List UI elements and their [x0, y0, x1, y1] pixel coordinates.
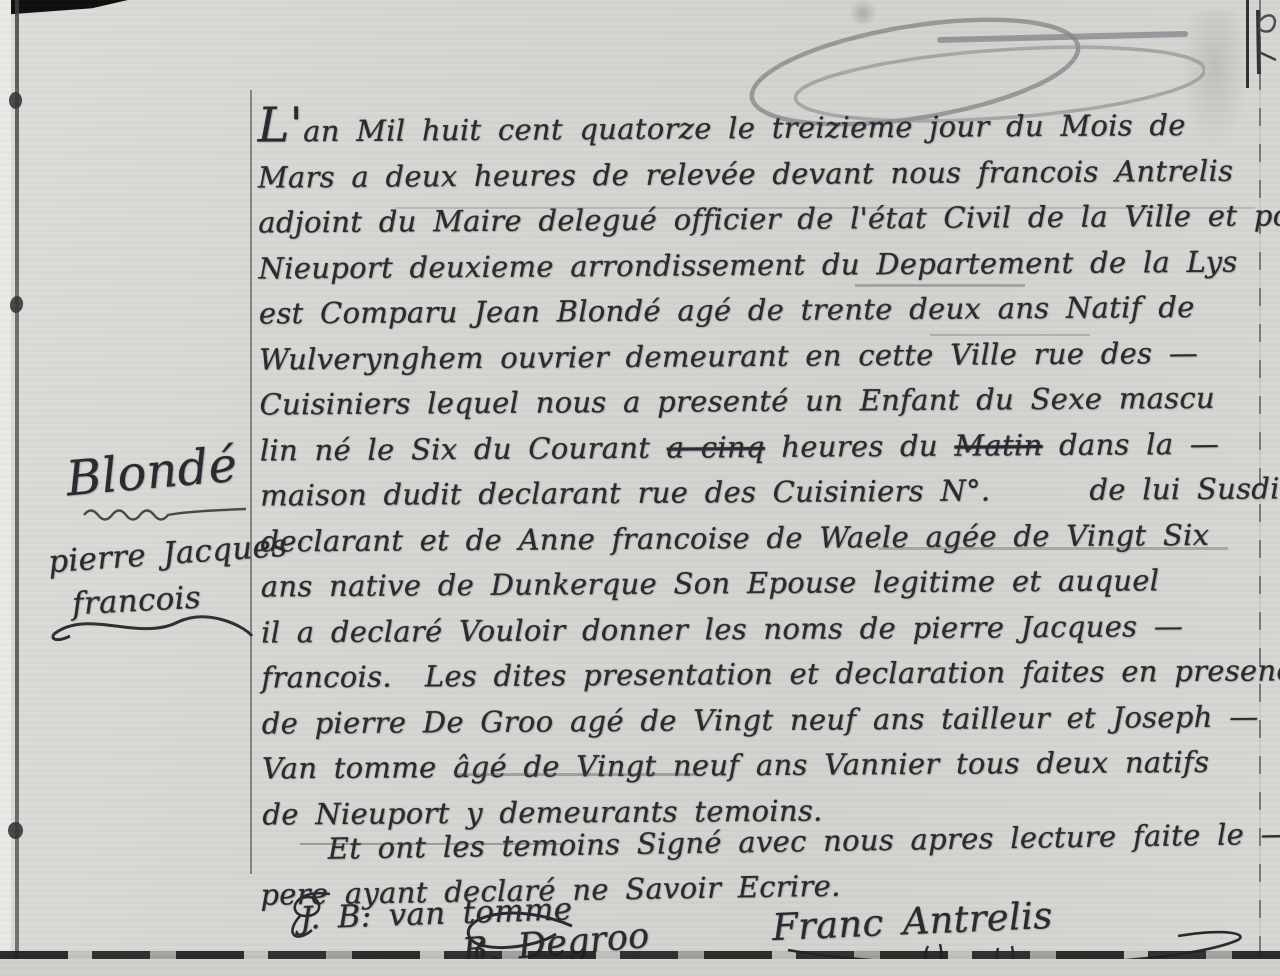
page-corner-shadow: [0, 0, 128, 15]
scan-streak: [300, 843, 565, 845]
act-text-line: Cuisiniers lequel nous a presenté un Enf…: [259, 375, 1269, 428]
act-text-line: est Comparu Jean Blondé agé de trente de…: [259, 284, 1269, 337]
scan-streak: [455, 773, 695, 776]
act-text-line: Van tomme âgé de Vingt neuf ans Vannier …: [262, 739, 1272, 792]
scan-streak: [395, 207, 1255, 209]
act-text-line: de pierre De Groo agé de Vingt neuf ans …: [262, 694, 1272, 747]
margin-rule-line: [250, 90, 252, 874]
margin-note-flourish: [48, 608, 258, 644]
scan-streak: [930, 334, 1090, 336]
act-text-line: maison dudit declarant rue des Cuisinier…: [260, 466, 1270, 519]
act-text-line: il a declaré Vouloir donner les noms de …: [261, 603, 1271, 656]
act-text-line: declarant et de Anne francoise de Waele …: [260, 512, 1270, 565]
act-text-line: Wulverynghem ouvrier demeurant en cette …: [259, 330, 1269, 383]
act-text-line: francois. Les dites presentation et decl…: [261, 648, 1271, 701]
act-text-line: L'an Mil huit cent quatorze le treizieme…: [257, 96, 1267, 155]
act-text-line: Nieuport deuxieme arrondissement du Depa…: [258, 239, 1268, 292]
act-text-line: ans native de Dunkerque Son Epouse legit…: [261, 557, 1271, 610]
binding-stitch-knot: [9, 295, 25, 314]
act-text-line: lin né le Six du Courant a cinq heures d…: [260, 421, 1270, 474]
page-bottom-edge: [0, 951, 1280, 959]
scan-streak: [878, 547, 1228, 550]
scan-streak: [855, 284, 1025, 287]
next-page-strip: [0, 959, 1280, 976]
margin-note-given-names: pierre Jacques: [47, 528, 288, 581]
margin-note-underline-squiggle: [82, 503, 248, 523]
corner-pencil-mark: [1238, 8, 1280, 80]
binding-stitch-knot: [9, 92, 22, 109]
act-text-line: Mars a deux heures de relevée devant nou…: [258, 148, 1268, 201]
act-text-line: adjoint du Maire delegué officier de l'é…: [258, 193, 1268, 246]
scanned-civil-record-page: Blondé pierre Jacques francois L'an Mil …: [0, 0, 1280, 976]
margin-note-surname: Blondé: [64, 437, 240, 508]
binding-stitch-knot: [8, 822, 23, 839]
